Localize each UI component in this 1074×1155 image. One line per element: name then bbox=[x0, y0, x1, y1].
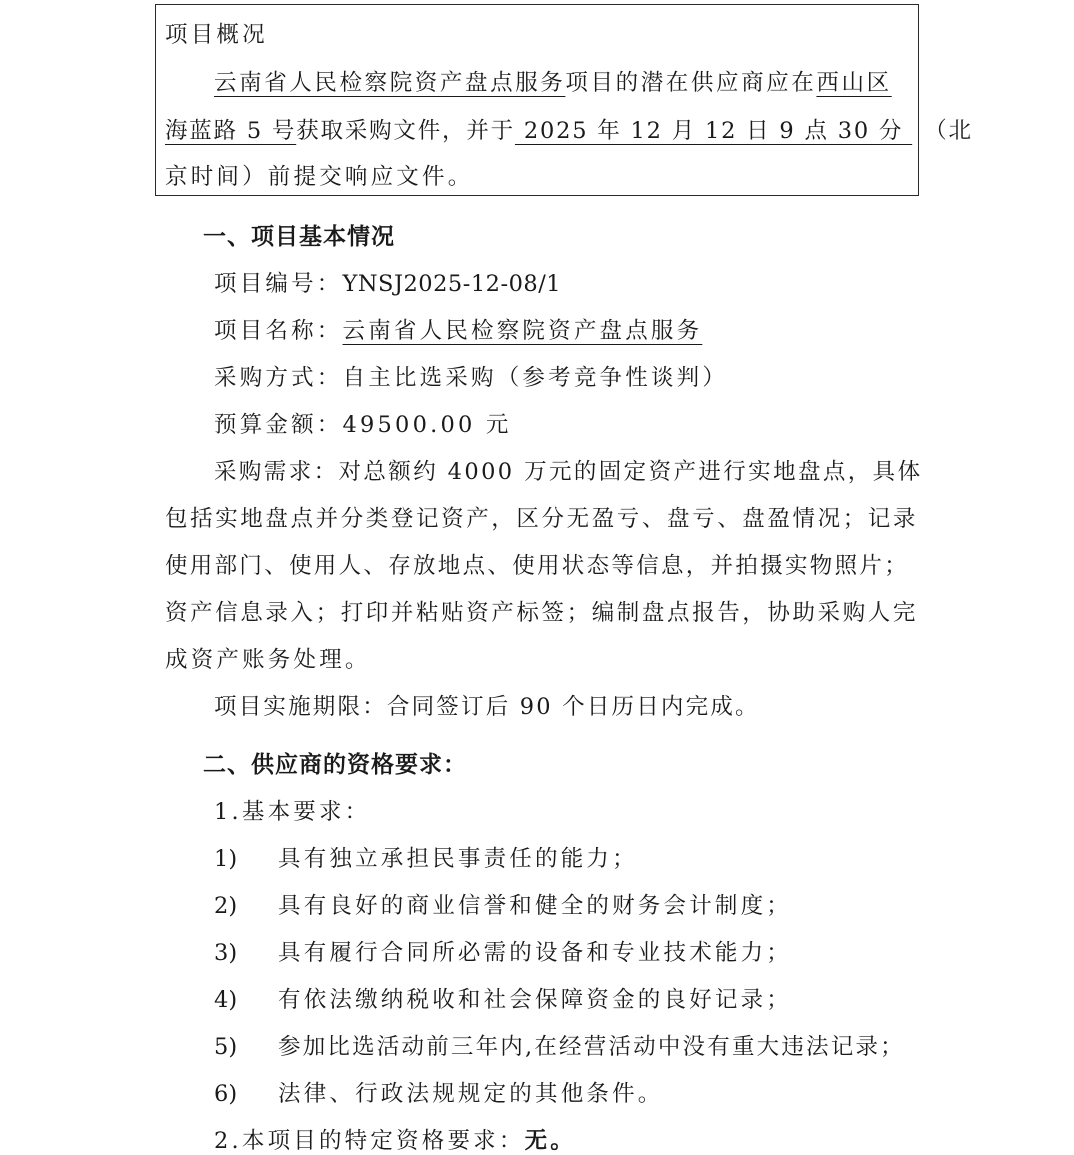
overview-line-3: 京时间）前提交响应文件。 bbox=[165, 162, 473, 192]
req-text-1: 具有独立承担民事责任的能力； bbox=[278, 844, 638, 874]
basic-requirements-title: 1.基本要求： bbox=[214, 797, 370, 827]
overview-place-1: 西山区 bbox=[816, 70, 891, 96]
demand-line-4: 资产信息录入；打印并粘贴资产标签；编制盘点报告，协助采购人完 bbox=[165, 598, 918, 628]
req-text-6: 法律、行政法规规定的其他条件。 bbox=[278, 1079, 664, 1109]
overview-text-1: 项目的潜在供应商应在 bbox=[565, 70, 816, 96]
budget-row: 预算金额：49500.00 元 bbox=[214, 410, 512, 440]
req-text-4: 有依法缴纳税收和社会保障资金的良好记录； bbox=[278, 985, 792, 1015]
req-text-2: 具有良好的商业信誉和健全的财务会计制度； bbox=[278, 891, 792, 921]
method-label: 采购方式： bbox=[214, 365, 343, 391]
req-text-5: 参加比选活动前三年内,在经营活动中没有重大违法记录； bbox=[278, 1032, 905, 1062]
project-name-label: 项目名称： bbox=[214, 318, 343, 344]
overview-deadline: 2025 年 12 月 12 日 9 点 30 分 bbox=[515, 118, 912, 144]
overview-line-2: 海蓝路 5 号获取采购文件，并于 2025 年 12 月 12 日 9 点 30… bbox=[165, 116, 973, 146]
overview-place-2: 海蓝路 5 号 bbox=[165, 118, 296, 144]
special-requirements-row: 2.本项目的特定资格要求：无。 bbox=[214, 1126, 576, 1155]
req-num-6: 6) bbox=[214, 1079, 237, 1109]
budget-label: 预算金额： bbox=[214, 412, 343, 438]
section2-heading: 二、供应商的资格要求： bbox=[203, 750, 467, 780]
special-requirements-value: 无。 bbox=[525, 1128, 576, 1154]
method-row: 采购方式：自主比选采购（参考竞争性谈判） bbox=[214, 363, 728, 393]
project-no-row: 项目编号：YNSJ2025-12-08/1 bbox=[214, 269, 561, 299]
req-num-4: 4) bbox=[214, 985, 237, 1015]
req-text-3: 具有履行合同所必需的设备和专业技术能力； bbox=[278, 938, 792, 968]
overview-title: 项目概况 bbox=[165, 20, 268, 50]
req-num-1: 1) bbox=[214, 844, 237, 874]
method-value: 自主比选采购（参考竞争性谈判） bbox=[343, 365, 729, 391]
project-name-value: 云南省人民检察院资产盘点服务 bbox=[343, 318, 703, 344]
overview-project-name: 云南省人民检察院资产盘点服务 bbox=[214, 70, 565, 96]
req-num-3: 3) bbox=[214, 938, 237, 968]
project-name-row: 项目名称：云南省人民检察院资产盘点服务 bbox=[214, 316, 702, 346]
demand-line-5: 成资产账务处理。 bbox=[165, 645, 371, 675]
demand-line-3: 使用部门、使用人、存放地点、使用状态等信息，并拍摄实物照片； bbox=[165, 551, 909, 581]
document-page: 项目概况 云南省人民检察院资产盘点服务项目的潜在供应商应在西山区 海蓝路 5 号… bbox=[0, 0, 1074, 1155]
demand-line-2: 包括实地盘点并分类登记资产，区分无盈亏、盘亏、盘盈情况；记录 bbox=[165, 504, 918, 534]
special-requirements-label: 2.本项目的特定资格要求： bbox=[214, 1128, 525, 1154]
period-row: 项目实施期限：合同签订后 90 个日历日内完成。 bbox=[214, 692, 760, 722]
project-no-label: 项目编号： bbox=[214, 271, 343, 297]
overview-text-3: （北 bbox=[924, 118, 973, 144]
budget-value: 49500.00 元 bbox=[343, 412, 512, 438]
demand-line-1: 采购需求：对总额约 4000 万元的固定资产进行实地盘点，具体 bbox=[214, 457, 922, 487]
req-num-2: 2) bbox=[214, 891, 237, 921]
project-no-value: YNSJ2025-12-08/1 bbox=[343, 271, 562, 297]
req-num-5: 5) bbox=[214, 1032, 237, 1062]
overview-line-1: 云南省人民检察院资产盘点服务项目的潜在供应商应在西山区 bbox=[214, 68, 892, 98]
section1-heading: 一、项目基本情况 bbox=[203, 222, 395, 252]
overview-text-2: 获取采购文件，并于 bbox=[296, 118, 515, 144]
